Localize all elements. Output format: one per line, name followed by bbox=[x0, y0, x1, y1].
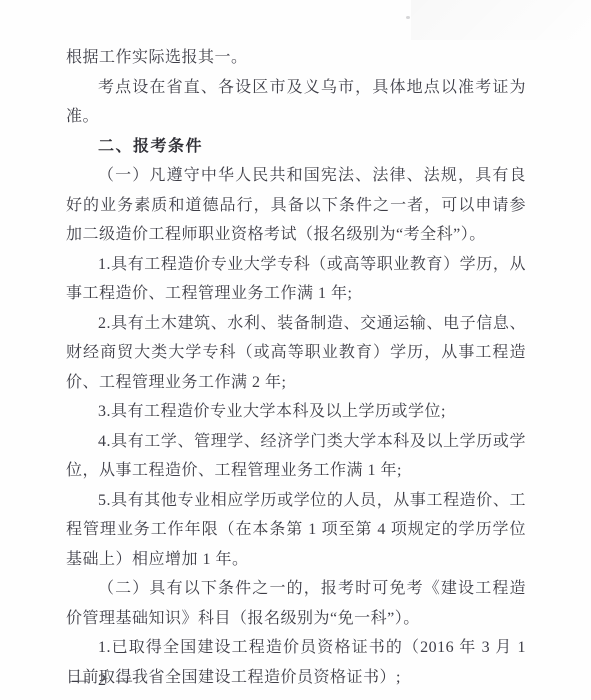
document-body: 根据工作实际选报其一。 考点设在省直、各设区市及义乌市，具体地点以准考证为准。 … bbox=[66, 43, 526, 692]
scan-speck-artifact bbox=[406, 16, 410, 19]
page-number: — 2 — bbox=[72, 672, 135, 690]
paragraph-exemption-item-1: 1.已取得全国建设工程造价员资格证书的（2016 年 3 月 1 日前取得我省全… bbox=[66, 633, 526, 692]
paragraph-condition-item-3: 3.具有工程造价专业大学本科及以上学历或学位; bbox=[66, 397, 526, 427]
paragraph-condition-item-5: 5.具有其他专业相应学历或学位的人员，从事工程造价、工程管理业务工作年限（在本条… bbox=[66, 486, 526, 575]
paragraph-condition-item-2: 2.具有土木建筑、水利、装备制造、交通运输、电子信息、财经商贸大类大学专科（或高… bbox=[66, 309, 526, 398]
section-heading-registration-conditions: 二、报考条件 bbox=[66, 132, 526, 162]
scanned-document-page: 根据工作实际选报其一。 考点设在省直、各设区市及义乌市，具体地点以准考证为准。 … bbox=[0, 0, 591, 700]
paragraph-condition-item-4: 4.具有工学、管理学、经济学门类大学本科及以上学历或学位，从事工程造价、工程管理… bbox=[66, 427, 526, 486]
paragraph-condition-2-intro: （二）具有以下条件之一的，报考时可免考《建设工程造价管理基础知识》科目（报名级别… bbox=[66, 574, 526, 633]
paragraph-continuation: 根据工作实际选报其一。 bbox=[66, 43, 526, 73]
paragraph-exam-locations: 考点设在省直、各设区市及义乌市，具体地点以准考证为准。 bbox=[66, 73, 526, 132]
paragraph-condition-item-1: 1.具有工程造价专业大学专科（或高等职业教育）学历，从事工程造价、工程管理业务工… bbox=[66, 250, 526, 309]
scan-shade-artifact bbox=[411, 0, 591, 40]
paragraph-condition-1-intro: （一）凡遵守中华人民共和国宪法、法律、法规，具有良好的业务素质和道德品行，具备以… bbox=[66, 161, 526, 250]
